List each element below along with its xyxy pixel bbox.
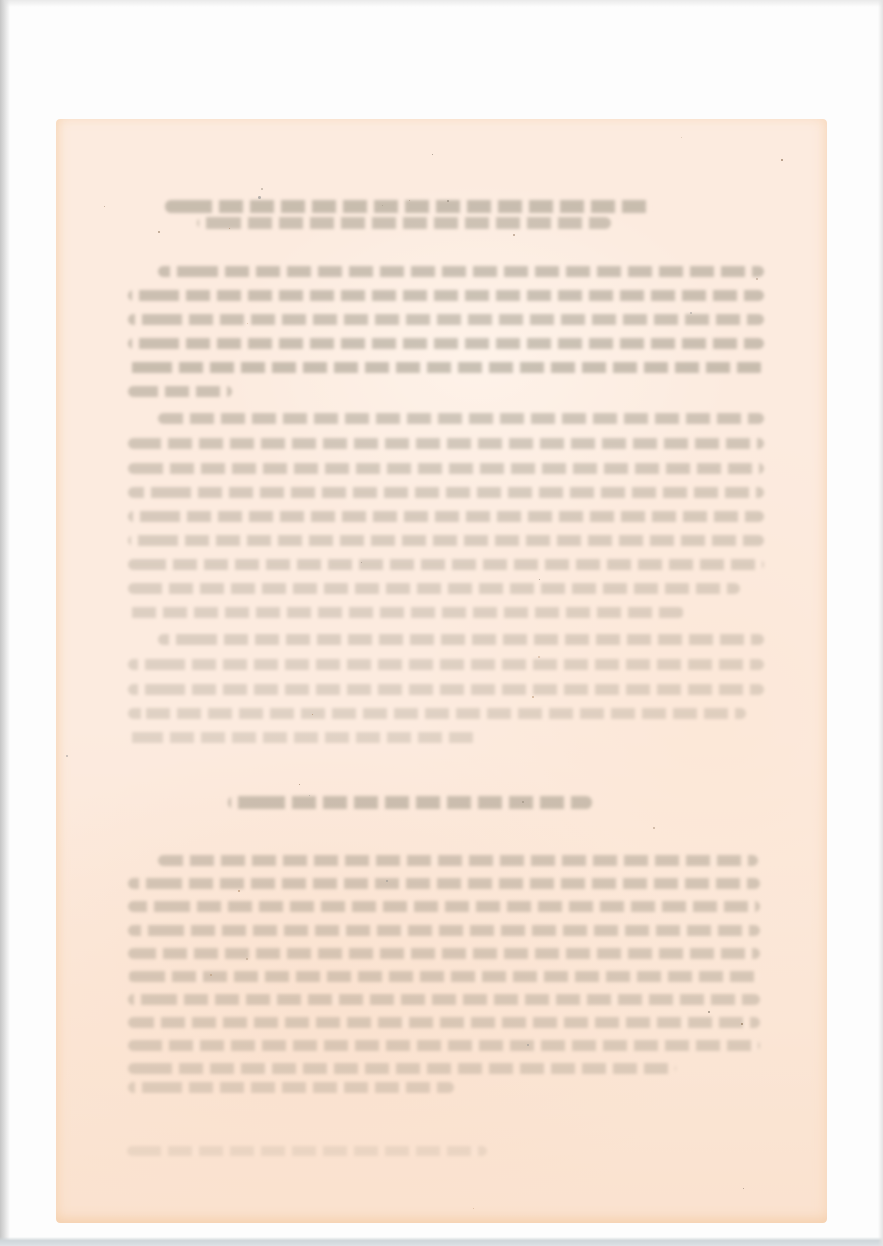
paragraph-3-line xyxy=(128,732,476,743)
dust-speck xyxy=(690,312,692,314)
dust-speck xyxy=(210,974,212,976)
section-heading-line xyxy=(228,796,592,809)
paragraph-3-line xyxy=(128,659,764,670)
dust-speck-layer xyxy=(56,119,827,1223)
dust-speck xyxy=(299,784,300,785)
scanner-bed-edge-top xyxy=(0,0,883,7)
dust-speck xyxy=(538,656,540,658)
dust-speck xyxy=(681,137,682,138)
dust-speck xyxy=(261,188,263,190)
dust-speck xyxy=(653,827,655,829)
paragraph-2-line xyxy=(128,583,740,594)
scanner-bed-edge-left xyxy=(0,0,10,1246)
dust-speck xyxy=(312,714,313,715)
dust-speck xyxy=(527,1044,529,1046)
paragraph-1-line xyxy=(128,386,232,397)
dust-speck xyxy=(409,200,410,201)
footer-smudge-line xyxy=(127,1146,487,1156)
dust-speck xyxy=(246,958,248,960)
dust-speck xyxy=(158,231,160,233)
dust-speck xyxy=(781,159,783,161)
paragraph-3-line xyxy=(128,684,764,695)
document-title-line xyxy=(165,200,653,213)
paragraph-4-line xyxy=(158,855,758,866)
dust-speck xyxy=(258,196,261,199)
dust-speck xyxy=(361,562,362,563)
dust-speck xyxy=(708,1011,710,1013)
dust-speck xyxy=(473,1208,474,1209)
dust-speck xyxy=(247,323,248,324)
paragraph-4-line xyxy=(128,948,760,959)
paragraph-1-line xyxy=(128,338,764,349)
paragraph-4-line xyxy=(128,901,760,912)
dust-speck xyxy=(539,579,540,580)
paragraph-3-line xyxy=(158,634,764,645)
document-title-line xyxy=(197,217,611,229)
dust-speck xyxy=(743,1188,744,1189)
scan-background xyxy=(0,0,883,1246)
dust-speck xyxy=(532,696,534,698)
dust-speck xyxy=(104,206,105,207)
dust-speck xyxy=(741,1023,743,1025)
scanner-bed-edge-right xyxy=(878,0,883,1246)
paragraph-3-line xyxy=(128,708,746,719)
paragraph-1-line xyxy=(128,362,764,373)
dust-speck xyxy=(386,880,388,882)
dust-speck xyxy=(432,154,433,155)
paragraph-4-line xyxy=(128,971,760,982)
dust-speck xyxy=(66,755,68,757)
paragraph-1-line xyxy=(128,314,764,325)
dust-speck xyxy=(309,795,310,796)
dust-speck xyxy=(447,200,449,202)
paragraph-4-line xyxy=(128,1040,760,1051)
faded-text-layer xyxy=(56,119,827,1223)
paragraph-2-line xyxy=(128,559,764,570)
paragraph-4-line xyxy=(128,1063,676,1074)
scanner-bed-edge-bottom xyxy=(0,1237,883,1246)
paragraph-2-line xyxy=(128,438,764,449)
paragraph-2-line xyxy=(158,413,764,424)
paragraph-2-line xyxy=(128,487,764,498)
paragraph-1-line xyxy=(158,266,764,277)
paragraph-2-line xyxy=(128,535,764,546)
paragraph-4-line xyxy=(128,878,760,889)
paragraph-1-line xyxy=(128,290,764,301)
paragraph-2-line xyxy=(128,463,764,474)
paragraph-4-line xyxy=(128,925,760,936)
paragraph-4-line xyxy=(128,994,760,1005)
dust-speck xyxy=(238,890,240,892)
document-page xyxy=(56,119,827,1223)
dust-speck xyxy=(522,801,524,803)
paragraph-2-line xyxy=(128,511,764,522)
dust-speck xyxy=(229,228,230,229)
dust-speck xyxy=(382,205,383,206)
paragraph-4-line xyxy=(128,1017,760,1028)
paragraph-4-line xyxy=(128,1082,454,1093)
dust-speck xyxy=(756,278,758,280)
paragraph-2-line xyxy=(128,607,684,618)
dust-speck xyxy=(513,234,515,236)
